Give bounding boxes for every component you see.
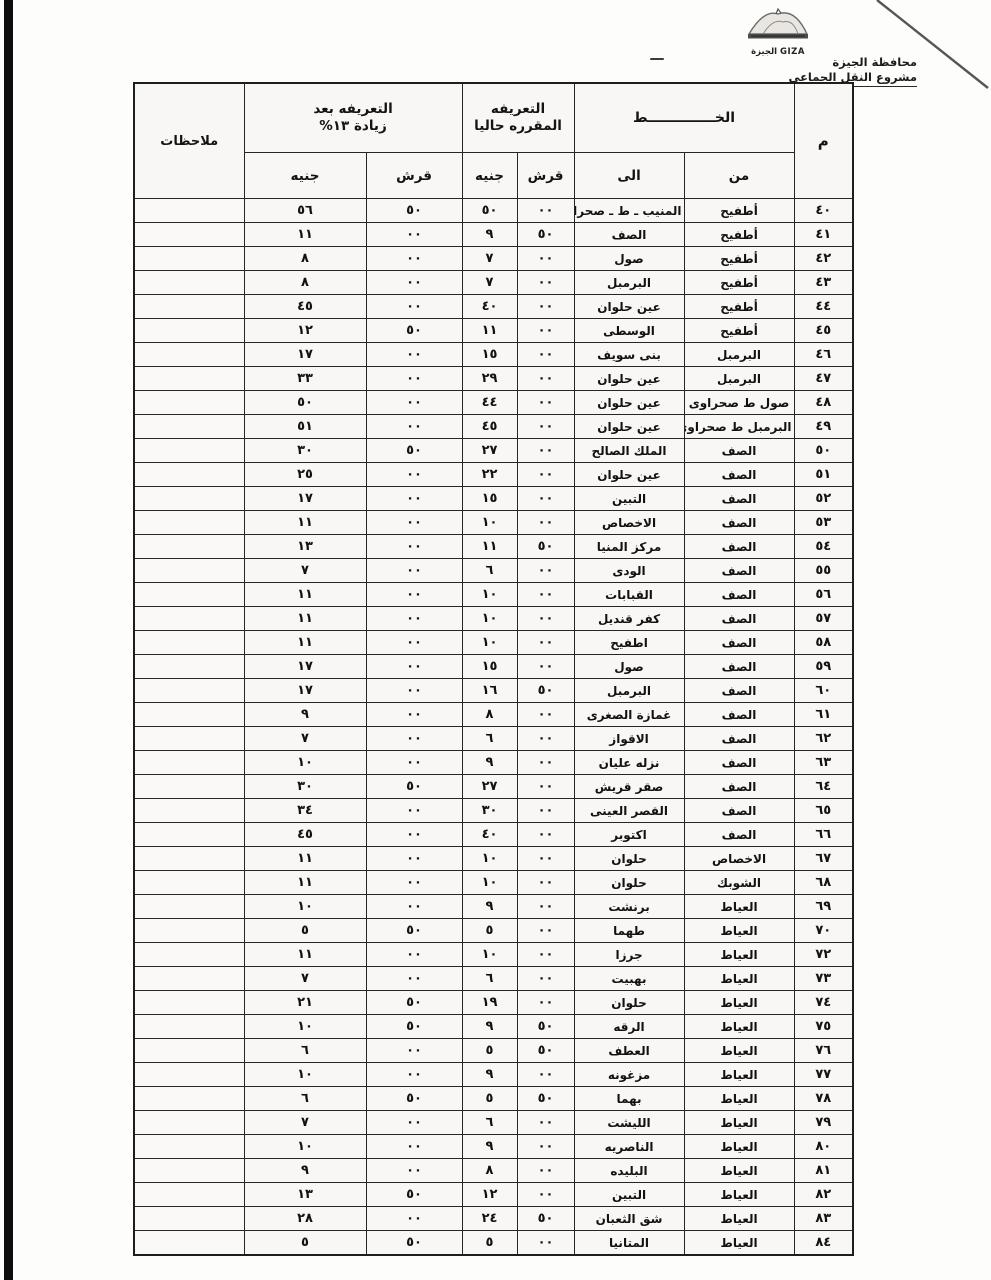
- new-geneh-cell: ١١: [244, 607, 366, 631]
- new-qirsh-cell: ٠٠: [366, 343, 462, 367]
- current-qirsh-cell: ٠٠: [517, 319, 574, 343]
- row-number-cell: ٥١: [794, 463, 853, 487]
- row-number-cell: ٤٦: [794, 343, 853, 367]
- table-row: ٦٤الصفصقر قريش٠٠٢٧٥٠٣٠: [134, 775, 853, 799]
- giza-logo: الجيزة GIZA: [735, 6, 821, 57]
- current-qirsh-cell: ٠٠: [517, 391, 574, 415]
- current-qirsh-cell: ٠٠: [517, 823, 574, 847]
- new-qirsh-cell: ٠٠: [366, 1207, 462, 1231]
- new-geneh-cell: ١٠: [244, 1063, 366, 1087]
- new-geneh-cell: ١٢: [244, 319, 366, 343]
- current-geneh-cell: ٩: [462, 1015, 517, 1039]
- table-row: ٥٢الصفالتبين٠٠١٥٠٠١٧: [134, 487, 853, 511]
- current-geneh-cell: ١٥: [462, 655, 517, 679]
- current-qirsh-cell: ٠٠: [517, 415, 574, 439]
- to-cell: الملك الصالح: [574, 439, 684, 463]
- notes-cell: [134, 391, 244, 415]
- notes-cell: [134, 727, 244, 751]
- table-row: ٧٢العياطجرزا٠٠١٠٠٠١١: [134, 943, 853, 967]
- to-cell: صقر قريش: [574, 775, 684, 799]
- to-cell: بنى سويف: [574, 343, 684, 367]
- from-cell: الصف: [684, 511, 794, 535]
- new-qirsh-cell: ٠٠: [366, 223, 462, 247]
- from-cell: الصف: [684, 607, 794, 631]
- row-number-cell: ٤٤: [794, 295, 853, 319]
- current-qirsh-cell: ٠٠: [517, 967, 574, 991]
- table-row: ٧٠العياططهما٠٠٥٥٠٥: [134, 919, 853, 943]
- current-qirsh-cell: ٠٠: [517, 463, 574, 487]
- row-number-cell: ٥٧: [794, 607, 853, 631]
- notes-cell: [134, 943, 244, 967]
- current-qirsh-cell: ٥٠: [517, 1039, 574, 1063]
- notes-cell: [134, 487, 244, 511]
- current-geneh-cell: ٦: [462, 727, 517, 751]
- current-qirsh-cell: ٠٠: [517, 487, 574, 511]
- notes-cell: [134, 1183, 244, 1207]
- new-geneh-cell: ١٠: [244, 1015, 366, 1039]
- table-row: ٥٧الصفكفر قنديل٠٠١٠٠٠١١: [134, 607, 853, 631]
- current-geneh-cell: ١٠: [462, 511, 517, 535]
- from-cell: الصف: [684, 703, 794, 727]
- from-cell: البرمبل: [684, 367, 794, 391]
- new-qirsh-cell: ٠٠: [366, 655, 462, 679]
- table-row: ٧٥العياطالرقه٥٠٩٥٠١٠: [134, 1015, 853, 1039]
- current-geneh-cell: ٦: [462, 559, 517, 583]
- row-number-cell: ٤٨: [794, 391, 853, 415]
- from-cell: العياط: [684, 1207, 794, 1231]
- new-qirsh-cell: ٠٠: [366, 271, 462, 295]
- current-geneh-cell: ٩: [462, 1135, 517, 1159]
- new-qirsh-cell: ٠٠: [366, 247, 462, 271]
- new-geneh-cell: ١٧: [244, 655, 366, 679]
- current-qirsh-cell: ٠٠: [517, 511, 574, 535]
- row-number-cell: ٥٦: [794, 583, 853, 607]
- to-cell: البرمبل: [574, 271, 684, 295]
- current-qirsh-cell: ٥٠: [517, 223, 574, 247]
- current-geneh-cell: ١٥: [462, 343, 517, 367]
- row-number-cell: ٨٢: [794, 1183, 853, 1207]
- current-geneh-cell: ٦: [462, 1111, 517, 1135]
- current-qirsh-cell: ٠٠: [517, 847, 574, 871]
- new-qirsh-cell: ٠٠: [366, 895, 462, 919]
- row-number-cell: ٤٢: [794, 247, 853, 271]
- new-geneh-cell: ٧: [244, 727, 366, 751]
- new-qirsh-cell: ٠٠: [366, 1039, 462, 1063]
- to-cell: برنشت: [574, 895, 684, 919]
- to-cell: المنيب ـ ط ـ صحراوى: [574, 199, 684, 223]
- table-row: ٦٠الصفالبرمبل٥٠١٦٠٠١٧: [134, 679, 853, 703]
- current-geneh-cell: ١٦: [462, 679, 517, 703]
- new-qirsh-cell: ٥٠: [366, 1183, 462, 1207]
- new-geneh-cell: ١٣: [244, 1183, 366, 1207]
- header-notes: ملاحظات: [134, 83, 244, 199]
- to-cell: البليده: [574, 1159, 684, 1183]
- row-number-cell: ٥٨: [794, 631, 853, 655]
- row-number-cell: ٧٤: [794, 991, 853, 1015]
- to-cell: التبين: [574, 487, 684, 511]
- to-cell: القبابات: [574, 583, 684, 607]
- table-row: ٦٧الاخصاصحلوان٠٠١٠٠٠١١: [134, 847, 853, 871]
- from-cell: أطفيح: [684, 247, 794, 271]
- row-number-cell: ٥٥: [794, 559, 853, 583]
- new-geneh-cell: ١١: [244, 511, 366, 535]
- to-cell: مزغونه: [574, 1063, 684, 1087]
- current-geneh-cell: ٤٥: [462, 415, 517, 439]
- current-qirsh-cell: ٠٠: [517, 343, 574, 367]
- current-qirsh-cell: ٥٠: [517, 679, 574, 703]
- new-geneh-cell: ١٧: [244, 343, 366, 367]
- new-qirsh-cell: ٠٠: [366, 583, 462, 607]
- to-cell: بهما: [574, 1087, 684, 1111]
- new-geneh-cell: ٤٥: [244, 823, 366, 847]
- row-number-cell: ٨١: [794, 1159, 853, 1183]
- row-number-cell: ٤٩: [794, 415, 853, 439]
- fare-table-header: م الخــــــــــــــط التعريفه المقرره حا…: [134, 83, 853, 199]
- current-geneh-cell: ٢٧: [462, 775, 517, 799]
- current-geneh-cell: ٩: [462, 223, 517, 247]
- from-cell: أطفيح: [684, 295, 794, 319]
- to-cell: عين حلوان: [574, 391, 684, 415]
- notes-cell: [134, 295, 244, 319]
- table-row: ٥٨الصفاطفيح٠٠١٠٠٠١١: [134, 631, 853, 655]
- notes-cell: [134, 439, 244, 463]
- header-increased-qirsh: قرش: [366, 153, 462, 199]
- current-qirsh-cell: ٠٠: [517, 1135, 574, 1159]
- from-cell: البرمبل ط صحراوى: [684, 415, 794, 439]
- new-qirsh-cell: ٠٠: [366, 607, 462, 631]
- new-qirsh-cell: ٥٠: [366, 199, 462, 223]
- current-qirsh-cell: ٠٠: [517, 1159, 574, 1183]
- table-row: ٦٦الصفاكتوبر٠٠٤٠٠٠٤٥: [134, 823, 853, 847]
- notes-cell: [134, 847, 244, 871]
- new-qirsh-cell: ٠٠: [366, 703, 462, 727]
- current-qirsh-cell: ٠٠: [517, 367, 574, 391]
- notes-cell: [134, 415, 244, 439]
- header-line-group: الخــــــــــــــط: [574, 83, 794, 153]
- header-to: الى: [574, 153, 684, 199]
- from-cell: الصف: [684, 727, 794, 751]
- new-geneh-cell: ١١: [244, 847, 366, 871]
- new-qirsh-cell: ٥٠: [366, 439, 462, 463]
- notes-cell: [134, 583, 244, 607]
- new-geneh-cell: ١١: [244, 871, 366, 895]
- current-qirsh-cell: ٠٠: [517, 1183, 574, 1207]
- new-geneh-cell: ١١: [244, 631, 366, 655]
- row-number-cell: ٥٩: [794, 655, 853, 679]
- current-geneh-cell: ٥: [462, 1087, 517, 1111]
- table-row: ٧٩العياطالليشت٠٠٦٠٠٧: [134, 1111, 853, 1135]
- new-qirsh-cell: ٠٠: [366, 799, 462, 823]
- current-qirsh-cell: ٠٠: [517, 943, 574, 967]
- table-row: ٤٠أطفيحالمنيب ـ ط ـ صحراوى٠٠٥٠٥٠٥٦: [134, 199, 853, 223]
- logo-caption-ar: الجيزة: [751, 47, 777, 57]
- new-qirsh-cell: ٥٠: [366, 319, 462, 343]
- to-cell: حلوان: [574, 847, 684, 871]
- new-qirsh-cell: ٠٠: [366, 1159, 462, 1183]
- from-cell: أطفيح: [684, 199, 794, 223]
- current-geneh-cell: ١٠: [462, 583, 517, 607]
- scanned-document-page: الجيزة GIZA محافظة الجيزة مشروع النقل ال…: [0, 0, 991, 1280]
- table-row: ٦٩العياطبرنشت٠٠٩٠٠١٠: [134, 895, 853, 919]
- from-cell: الصف: [684, 823, 794, 847]
- notes-cell: [134, 1111, 244, 1135]
- new-geneh-cell: ١١: [244, 583, 366, 607]
- notes-cell: [134, 967, 244, 991]
- table-row: ٨٠العياطالناصريه٠٠٩٠٠١٠: [134, 1135, 853, 1159]
- notes-cell: [134, 1087, 244, 1111]
- from-cell: الصف: [684, 679, 794, 703]
- new-geneh-cell: ٣٣: [244, 367, 366, 391]
- current-geneh-cell: ٥: [462, 1039, 517, 1063]
- new-qirsh-cell: ٠٠: [366, 463, 462, 487]
- from-cell: العياط: [684, 919, 794, 943]
- row-number-cell: ٤٥: [794, 319, 853, 343]
- notes-cell: [134, 895, 244, 919]
- current-qirsh-cell: ٠٠: [517, 1111, 574, 1135]
- from-cell: البرمبل: [684, 343, 794, 367]
- to-cell: عين حلوان: [574, 463, 684, 487]
- table-row: ٥١الصفعين حلوان٠٠٢٢٠٠٢٥: [134, 463, 853, 487]
- notes-cell: [134, 871, 244, 895]
- current-qirsh-cell: ٠٠: [517, 919, 574, 943]
- notes-cell: [134, 703, 244, 727]
- from-cell: الصف: [684, 439, 794, 463]
- new-geneh-cell: ٢١: [244, 991, 366, 1015]
- new-geneh-cell: ٦: [244, 1087, 366, 1111]
- from-cell: الصف: [684, 583, 794, 607]
- new-geneh-cell: ٧: [244, 559, 366, 583]
- to-cell: غمازة الصغرى: [574, 703, 684, 727]
- current-qirsh-cell: ٠٠: [517, 703, 574, 727]
- new-qirsh-cell: ٠٠: [366, 1135, 462, 1159]
- notes-cell: [134, 1015, 244, 1039]
- to-cell: بهبيت: [574, 967, 684, 991]
- table-row: ٦٨الشوبكحلوان٠٠١٠٠٠١١: [134, 871, 853, 895]
- new-geneh-cell: ٥: [244, 1231, 366, 1256]
- new-qirsh-cell: ٥٠: [366, 991, 462, 1015]
- table-row: ٤٩البرمبل ط صحراوىعين حلوان٠٠٤٥٠٠٥١: [134, 415, 853, 439]
- new-geneh-cell: ١٧: [244, 487, 366, 511]
- row-number-cell: ٧٣: [794, 967, 853, 991]
- notes-cell: [134, 199, 244, 223]
- new-qirsh-cell: ٠٠: [366, 967, 462, 991]
- current-geneh-cell: ٢٢: [462, 463, 517, 487]
- new-qirsh-cell: ٠٠: [366, 871, 462, 895]
- notes-cell: [134, 367, 244, 391]
- row-number-cell: ٤٠: [794, 199, 853, 223]
- row-number-cell: ٤١: [794, 223, 853, 247]
- current-geneh-cell: ١٠: [462, 631, 517, 655]
- current-qirsh-cell: ٥٠: [517, 1087, 574, 1111]
- to-cell: اكتوبر: [574, 823, 684, 847]
- new-geneh-cell: ٢٥: [244, 463, 366, 487]
- from-cell: الصف: [684, 631, 794, 655]
- current-geneh-cell: ٥٠: [462, 199, 517, 223]
- table-row: ٧٧العياطمزغونه٠٠٩٠٠١٠: [134, 1063, 853, 1087]
- current-geneh-cell: ١٩: [462, 991, 517, 1015]
- to-cell: عين حلوان: [574, 295, 684, 319]
- from-cell: الشوبك: [684, 871, 794, 895]
- row-number-cell: ٦٧: [794, 847, 853, 871]
- new-qirsh-cell: ٠٠: [366, 751, 462, 775]
- to-cell: اطفيح: [574, 631, 684, 655]
- governorate-name: محافظة الجيزة: [788, 54, 917, 70]
- from-cell: الصف: [684, 799, 794, 823]
- new-geneh-cell: ١١: [244, 223, 366, 247]
- row-number-cell: ٦٣: [794, 751, 853, 775]
- current-qirsh-cell: ٥٠: [517, 1207, 574, 1231]
- row-number-cell: ٥٢: [794, 487, 853, 511]
- table-row: ٦٣الصفنزله عليان٠٠٩٠٠١٠: [134, 751, 853, 775]
- from-cell: العياط: [684, 1015, 794, 1039]
- row-number-cell: ٧٢: [794, 943, 853, 967]
- table-row: ٧٤العياطحلوان٠٠١٩٥٠٢١: [134, 991, 853, 1015]
- table-row: ٥٣الصفالاخصاص٠٠١٠٠٠١١: [134, 511, 853, 535]
- current-qirsh-cell: ٠٠: [517, 199, 574, 223]
- table-row: ٤٧البرمبلعين حلوان٠٠٢٩٠٠٣٣: [134, 367, 853, 391]
- from-cell: العياط: [684, 943, 794, 967]
- from-cell: العياط: [684, 991, 794, 1015]
- new-qirsh-cell: ٥٠: [366, 919, 462, 943]
- from-cell: الصف: [684, 751, 794, 775]
- new-geneh-cell: ١٠: [244, 1135, 366, 1159]
- current-geneh-cell: ١١: [462, 319, 517, 343]
- notes-cell: [134, 247, 244, 271]
- notes-cell: [134, 223, 244, 247]
- current-qirsh-cell: ٠٠: [517, 295, 574, 319]
- notes-cell: [134, 535, 244, 559]
- from-cell: العياط: [684, 1063, 794, 1087]
- table-row: ٥٤الصفمركز المنيا٥٠١١٠٠١٣: [134, 535, 853, 559]
- scan-edge-bar: [4, 0, 13, 1280]
- header-serial: م: [794, 83, 853, 199]
- current-geneh-cell: ٢٧: [462, 439, 517, 463]
- from-cell: العياط: [684, 967, 794, 991]
- to-cell: المتانيا: [574, 1231, 684, 1256]
- fare-table: م الخــــــــــــــط التعريفه المقرره حا…: [133, 82, 854, 1256]
- notes-cell: [134, 1159, 244, 1183]
- to-cell: التبين: [574, 1183, 684, 1207]
- new-geneh-cell: ٩: [244, 1159, 366, 1183]
- notes-cell: [134, 751, 244, 775]
- from-cell: صول ط صحراوى: [684, 391, 794, 415]
- table-row: ٨٢العياطالتبين٠٠١٢٥٠١٣: [134, 1183, 853, 1207]
- current-qirsh-cell: ٠٠: [517, 271, 574, 295]
- to-cell: الرقه: [574, 1015, 684, 1039]
- to-cell: طهما: [574, 919, 684, 943]
- table-row: ٧٨العياطبهما٥٠٥٥٠٦: [134, 1087, 853, 1111]
- new-qirsh-cell: ٠٠: [366, 727, 462, 751]
- row-number-cell: ٧٧: [794, 1063, 853, 1087]
- to-cell: البرمبل: [574, 679, 684, 703]
- notes-cell: [134, 799, 244, 823]
- from-cell: الصف: [684, 487, 794, 511]
- table-row: ٦١الصفغمازة الصغرى٠٠٨٠٠٩: [134, 703, 853, 727]
- new-geneh-cell: ٥: [244, 919, 366, 943]
- current-qirsh-cell: ٠٠: [517, 1063, 574, 1087]
- new-geneh-cell: ٤٥: [244, 295, 366, 319]
- current-qirsh-cell: ٠٠: [517, 607, 574, 631]
- table-row: ٤٤أطفيحعين حلوان٠٠٤٠٠٠٤٥: [134, 295, 853, 319]
- notes-cell: [134, 775, 244, 799]
- row-number-cell: ٤٧: [794, 367, 853, 391]
- to-cell: مركز المنيا: [574, 535, 684, 559]
- current-qirsh-cell: ٠٠: [517, 559, 574, 583]
- fare-table-body: ٤٠أطفيحالمنيب ـ ط ـ صحراوى٠٠٥٠٥٠٥٦٤١أطفي…: [134, 199, 853, 1256]
- table-row: ٤٢أطفيحصول٠٠٧٠٠٨: [134, 247, 853, 271]
- row-number-cell: ٦٩: [794, 895, 853, 919]
- new-geneh-cell: ٥٠: [244, 391, 366, 415]
- table-row: ٤١أطفيحالصف٥٠٩٠٠١١: [134, 223, 853, 247]
- new-qirsh-cell: ٠٠: [366, 679, 462, 703]
- new-geneh-cell: ٩: [244, 703, 366, 727]
- from-cell: العياط: [684, 1231, 794, 1256]
- current-geneh-cell: ٣٠: [462, 799, 517, 823]
- current-qirsh-cell: ٠٠: [517, 871, 574, 895]
- current-geneh-cell: ٩: [462, 1063, 517, 1087]
- to-cell: العطف: [574, 1039, 684, 1063]
- to-cell: الوسطى: [574, 319, 684, 343]
- current-qirsh-cell: ٠٠: [517, 631, 574, 655]
- row-number-cell: ٨٣: [794, 1207, 853, 1231]
- table-row: ٨٣العياطشق الثعبان٥٠٢٤٠٠٢٨: [134, 1207, 853, 1231]
- current-geneh-cell: ٦: [462, 967, 517, 991]
- new-geneh-cell: ١٠: [244, 751, 366, 775]
- from-cell: العياط: [684, 1039, 794, 1063]
- notes-cell: [134, 511, 244, 535]
- to-cell: جرزا: [574, 943, 684, 967]
- new-geneh-cell: ٥٦: [244, 199, 366, 223]
- table-row: ٨٤العياطالمتانيا٠٠٥٥٠٥: [134, 1231, 853, 1256]
- from-cell: العياط: [684, 1183, 794, 1207]
- notes-cell: [134, 1207, 244, 1231]
- new-geneh-cell: ١١: [244, 943, 366, 967]
- current-geneh-cell: ١٠: [462, 943, 517, 967]
- row-number-cell: ٧٨: [794, 1087, 853, 1111]
- from-cell: أطفيح: [684, 223, 794, 247]
- table-row: ٦٢الصفالاقواز٠٠٦٠٠٧: [134, 727, 853, 751]
- current-geneh-cell: ٤٠: [462, 295, 517, 319]
- new-qirsh-cell: ٠٠: [366, 1111, 462, 1135]
- current-geneh-cell: ٥: [462, 1231, 517, 1256]
- from-cell: العياط: [684, 1111, 794, 1135]
- current-qirsh-cell: ٠٠: [517, 751, 574, 775]
- table-row: ٤٥أطفيحالوسطى٠٠١١٥٠١٢: [134, 319, 853, 343]
- header-from: من: [684, 153, 794, 199]
- from-cell: العياط: [684, 1135, 794, 1159]
- to-cell: الاخصاص: [574, 511, 684, 535]
- table-row: ٤٨صول ط صحراوىعين حلوان٠٠٤٤٠٠٥٠: [134, 391, 853, 415]
- current-qirsh-cell: ٠٠: [517, 1231, 574, 1256]
- new-geneh-cell: ٦: [244, 1039, 366, 1063]
- to-cell: الصف: [574, 223, 684, 247]
- notes-cell: [134, 343, 244, 367]
- current-qirsh-cell: ٥٠: [517, 535, 574, 559]
- table-row: ٧٦العياطالعطف٥٠٥٠٠٦: [134, 1039, 853, 1063]
- new-qirsh-cell: ٥٠: [366, 1087, 462, 1111]
- notes-cell: [134, 1135, 244, 1159]
- to-cell: الاقواز: [574, 727, 684, 751]
- to-cell: كفر قنديل: [574, 607, 684, 631]
- notes-cell: [134, 919, 244, 943]
- row-number-cell: ٦١: [794, 703, 853, 727]
- current-geneh-cell: ١١: [462, 535, 517, 559]
- to-cell: الودى: [574, 559, 684, 583]
- new-qirsh-cell: ٥٠: [366, 1231, 462, 1256]
- new-geneh-cell: ٨: [244, 247, 366, 271]
- giza-mountain-logo-icon: [743, 6, 813, 42]
- new-qirsh-cell: ٥٠: [366, 775, 462, 799]
